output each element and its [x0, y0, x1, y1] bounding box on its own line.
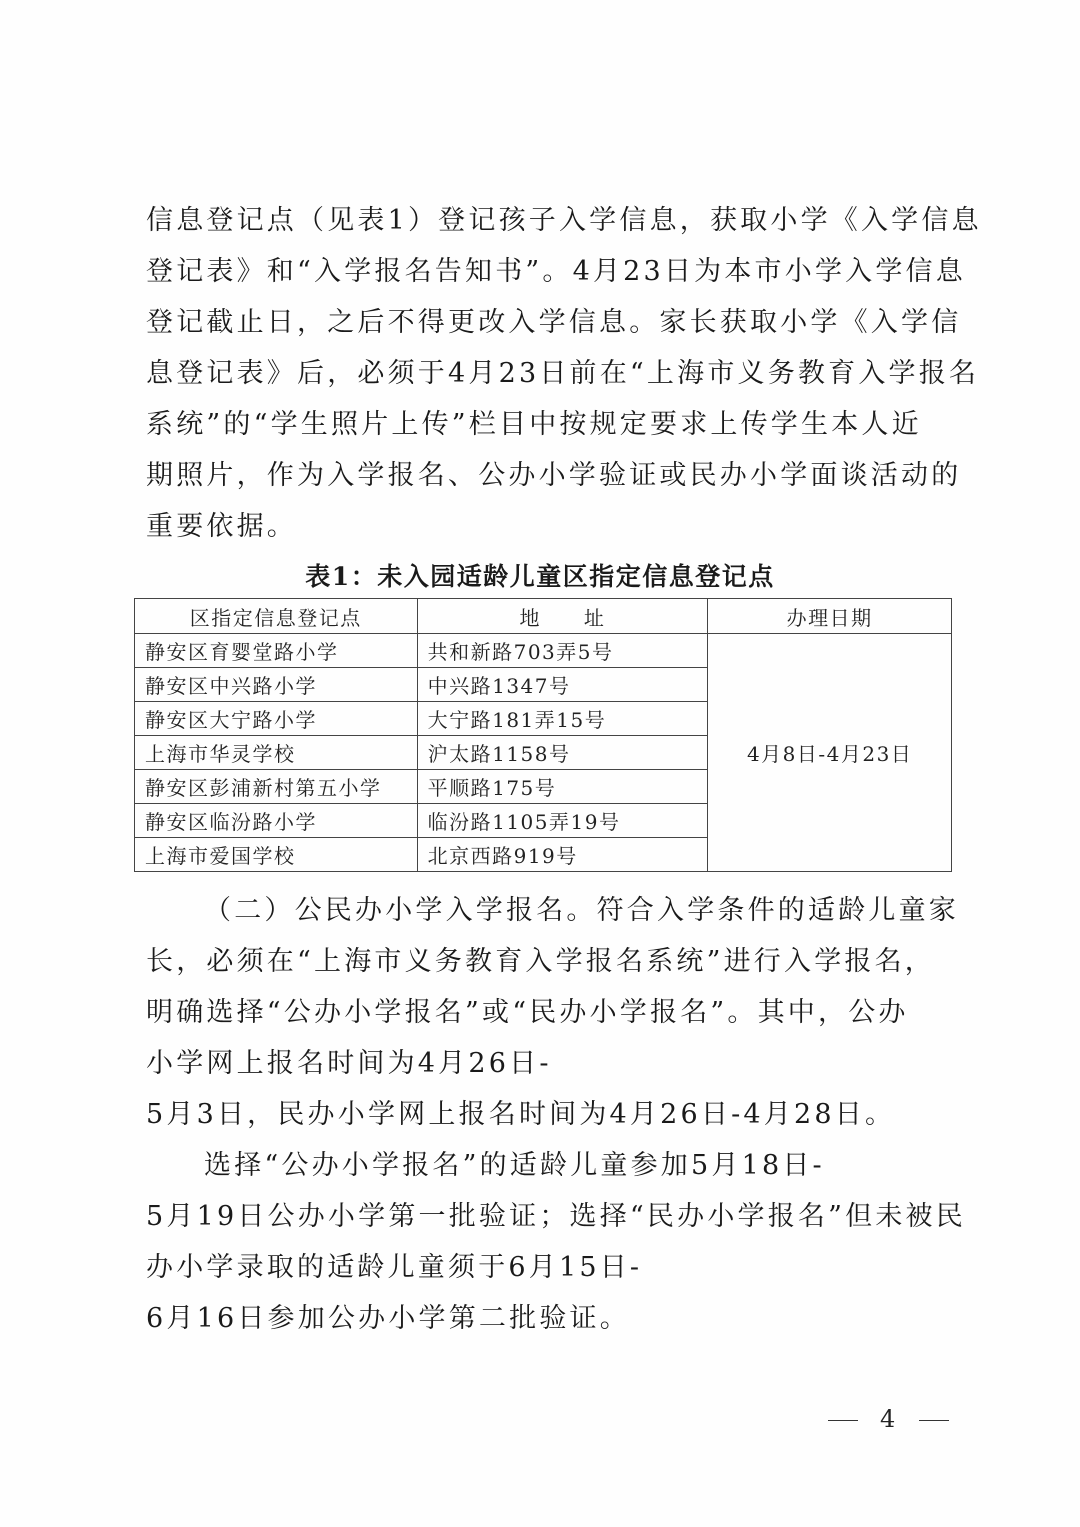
- text-line: 5月3日，民办小学网上报名时间为4月26日-4月28日。: [146, 1098, 895, 1132]
- cell-site: 静安区育婴堂路小学: [135, 634, 418, 668]
- header-address: 地 址: [417, 599, 708, 634]
- registration-sites-table: 区指定信息登记点 地 址 办理日期 静安区育婴堂路小学 共和新路703弄5号 4…: [134, 598, 952, 872]
- text-line: 期照片，作为入学报名、公办小学验证或民办小学面谈活动的: [146, 459, 961, 493]
- text-line: 小学网上报名时间为4月26日-: [146, 1047, 552, 1081]
- document-page: 信息登记点（见表1）登记孩子入学信息，获取小学《入学信息 登记表》和“入学报名告…: [0, 0, 1080, 1527]
- text-line: 登记截止日，之后不得更改入学信息。家长获取小学《入学信: [146, 306, 961, 340]
- text-line: 信息登记点（见表1）登记孩子入学信息，获取小学《入学信息: [146, 204, 982, 238]
- text-line: 5月19日公办小学第一批验证；选择“民办小学报名”但未被民: [146, 1200, 966, 1234]
- text-line: 重要依据。: [146, 510, 297, 544]
- table-row: 静安区育婴堂路小学 共和新路703弄5号 4月8日-4月23日: [135, 634, 952, 668]
- text-line: 系统”的“学生照片上传”栏目中按规定要求上传学生本人近: [146, 408, 922, 442]
- cell-address: 沪太路1158号: [417, 736, 708, 770]
- cell-address: 临汾路1105弄19号: [417, 804, 708, 838]
- cell-site: 静安区大宁路小学: [135, 702, 418, 736]
- table-caption: 表1：未入园适龄儿童区指定信息登记点: [0, 560, 1080, 594]
- dash-left: [828, 1420, 858, 1421]
- text-line: 息登记表》后，必须于4月23日前在“上海市义务教育入学报名: [146, 357, 979, 391]
- header-site: 区指定信息登记点: [135, 599, 418, 634]
- text-line: 办小学录取的适龄儿童须于6月15日-: [146, 1251, 642, 1285]
- page-number: 4: [880, 1405, 897, 1433]
- cell-site: 上海市华灵学校: [135, 736, 418, 770]
- cell-address: 大宁路181弄15号: [417, 702, 708, 736]
- cell-address: 平顺路175号: [417, 770, 708, 804]
- cell-site: 静安区临汾路小学: [135, 804, 418, 838]
- text-line: 6月16日参加公办小学第二批验证。: [146, 1302, 630, 1336]
- cell-address: 中兴路1347号: [417, 668, 708, 702]
- table-header-row: 区指定信息登记点 地 址 办理日期: [135, 599, 952, 634]
- page-footer: 4: [828, 1405, 949, 1433]
- cell-site: 上海市爱国学校: [135, 838, 418, 872]
- text-line: 登记表》和“入学报名告知书”。4月23日为本市小学入学信息: [146, 255, 966, 289]
- text-line: （二）公民办小学入学报名。符合入学条件的适龄儿童家: [204, 894, 959, 928]
- cell-address: 北京西路919号: [417, 838, 708, 872]
- text-line: 长，必须在“上海市义务教育入学报名系统”进行入学报名，: [146, 945, 935, 979]
- cell-address: 共和新路703弄5号: [417, 634, 708, 668]
- cell-site: 静安区彭浦新村第五小学: [135, 770, 418, 804]
- text-line: 明确选择“公办小学报名”或“民办小学报名”。其中，公办: [146, 996, 909, 1030]
- dash-right: [919, 1420, 949, 1421]
- cell-date-range: 4月8日-4月23日: [708, 634, 952, 872]
- header-date: 办理日期: [708, 599, 952, 634]
- text-line: 选择“公办小学报名”的适龄儿童参加5月18日-: [204, 1149, 825, 1183]
- cell-site: 静安区中兴路小学: [135, 668, 418, 702]
